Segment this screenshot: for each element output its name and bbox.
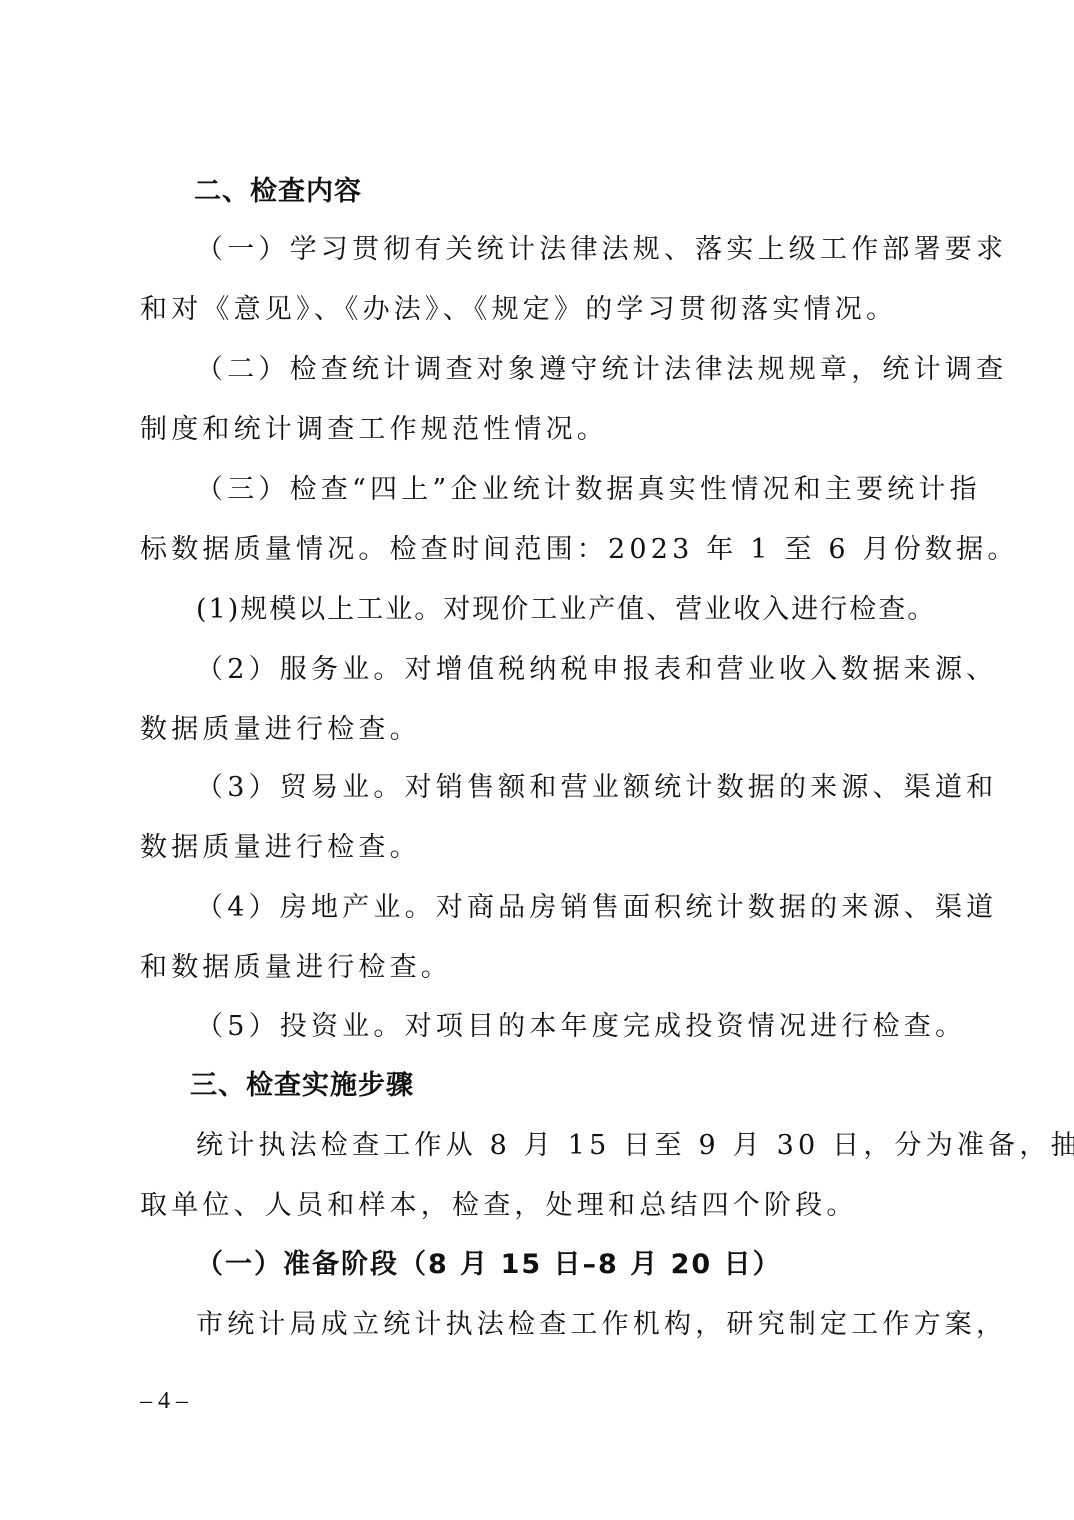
paragraph-item2-line2: 制度和统计调查工作规范性情况。 bbox=[140, 410, 608, 450]
sub-item-services-line2: 数据质量进行检查。 bbox=[140, 710, 421, 750]
section-heading-inspection-content: 二、检查内容 bbox=[194, 172, 362, 212]
paragraph-item3-line1: （三）检查“四上”企业统计数据真实性情况和主要统计指 bbox=[196, 470, 981, 510]
sub-item-services-line1: （2）服务业。对增值税纳税申报表和营业收入数据来源、 bbox=[196, 650, 997, 690]
sub-item-investment: （5）投资业。对项目的本年度完成投资情况进行检查。 bbox=[196, 1007, 966, 1047]
sub-item-trade-line1: （3）贸易业。对销售额和营业额统计数据的来源、渠道和 bbox=[196, 768, 997, 808]
paragraph-preparation-line1: 市统计局成立统计执法检查工作机构，研究制定工作方案， bbox=[196, 1305, 1007, 1345]
sub-item-trade-line2: 数据质量进行检查。 bbox=[140, 828, 421, 868]
sub-item-industry: (1)规模以上工业。对现价工业产值、营业收入进行检查。 bbox=[196, 590, 936, 630]
paragraph-item1-line1: （一）学习贯彻有关统计法律法规、落实上级工作部署要求 bbox=[196, 230, 1007, 270]
paragraph-steps-intro-line1: 统计执法检查工作从 8 月 15 日至 9 月 30 日，分为准备，抽 bbox=[196, 1126, 1074, 1166]
paragraph-item3-line2: 标数据质量情况。检查时间范围：2023 年 1 至 6 月份数据。 bbox=[140, 530, 1019, 570]
paragraph-steps-intro-line2: 取单位、人员和样本，检查，处理和总结四个阶段。 bbox=[140, 1186, 858, 1226]
paragraph-item1-line2: 和对《意见》、《办法》、《规定》的学习贯彻落实情况。 bbox=[140, 290, 897, 330]
page-number: – 4 – bbox=[140, 1388, 188, 1415]
section-heading-implementation-steps: 三、检查实施步骤 bbox=[190, 1066, 414, 1106]
paragraph-item2-line1: （二）检查统计调查对象遵守统计法律法规规章，统计调查 bbox=[196, 350, 1007, 390]
sub-item-real-estate-line1: （4）房地产业。对商品房销售面积统计数据的来源、渠道 bbox=[196, 888, 997, 928]
sub-item-real-estate-line2: 和数据质量进行检查。 bbox=[140, 948, 452, 988]
phase-heading-preparation: （一）准备阶段（8 月 15 日–8 月 20 日） bbox=[196, 1245, 782, 1285]
